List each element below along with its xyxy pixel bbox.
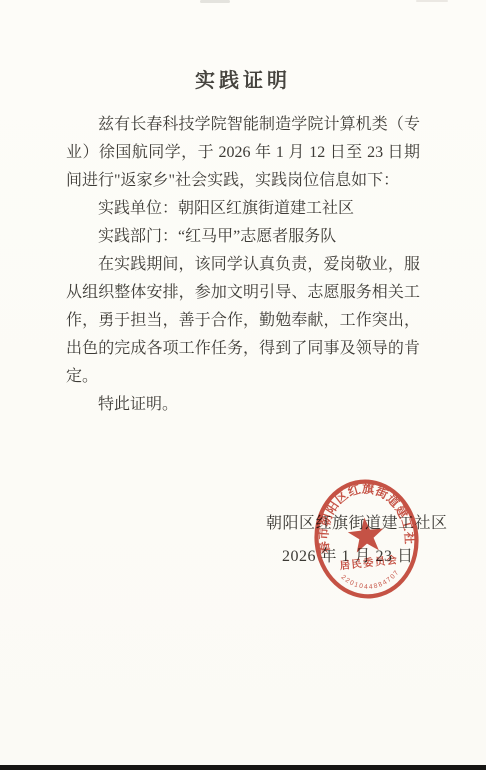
scan-photo-edge — [0, 765, 486, 770]
practice-department-line: 实践部门：“红马甲”志愿者服务队 — [66, 223, 420, 251]
intro-paragraph: 兹有长春科技学院智能制造学院计算机类（专业）徐国航同学，于 2026 年 1 月… — [66, 111, 420, 195]
official-seal-stamp: 长春市朝阳区红旗街道建工社区 居民委员会 2201044884707 — [304, 469, 430, 608]
closing-line: 特此证明。 — [66, 391, 420, 419]
scan-artifact — [200, 0, 230, 3]
practice-unit-line: 实践单位：朝阳区红旗街道建工社区 — [66, 195, 420, 223]
evaluation-paragraph: 在实践期间，该同学认真负责，爱岗敬业，服从组织整体安排，参加文明引导、志愿服务相… — [66, 251, 420, 391]
seal-svg: 长春市朝阳区红旗街道建工社区 居民委员会 2201044884707 — [304, 469, 430, 608]
seal-committee-text: 居民委员会 — [339, 553, 399, 572]
star-icon — [346, 516, 385, 554]
document-body: 兹有长春科技学院智能制造学院计算机类（专业）徐国航同学，于 2026 年 1 月… — [66, 111, 420, 419]
document-title: 实践证明 — [0, 64, 486, 93]
scan-artifact — [416, 0, 448, 2]
certificate-page: 实践证明 兹有长春科技学院智能制造学院计算机类（专业）徐国航同学，于 2026 … — [0, 0, 486, 770]
